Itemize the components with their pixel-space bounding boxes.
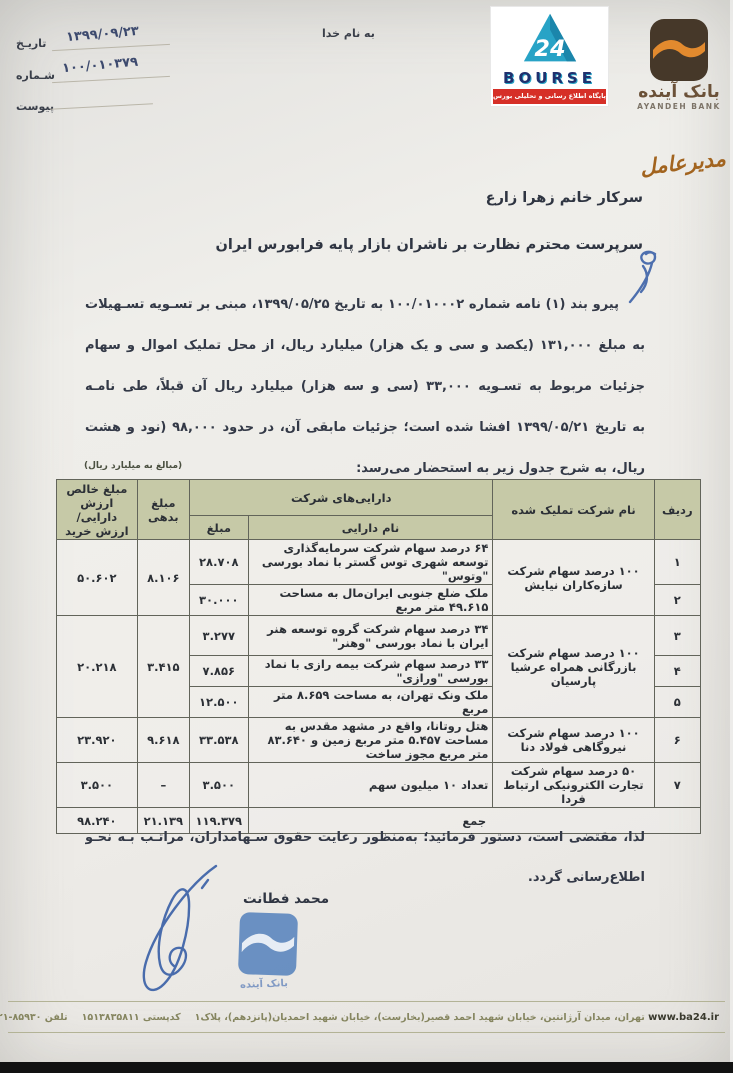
table-cell: ۳.۴۱۵ — [137, 616, 189, 718]
footer-postal: کدپستی ۱۵۱۳۸۳۵۸۱۱ — [82, 1012, 181, 1023]
attachment-rule-line — [50, 103, 153, 109]
table-row: ۱۱۰۰ درصد سهام شرکت سازه‌کاران نیایش۶۴ د… — [57, 540, 701, 585]
table-cell: ۱۰۰ درصد سهام شرکت بازرگانی همراه عرشیا … — [493, 616, 654, 718]
addressee-title: سرپرست محترم نظارت بر ناشران بازار پایه … — [216, 237, 643, 253]
table-cell: ملک ونک تهران، به مساحت ۸.۶۵۹ متر مربع — [248, 687, 493, 718]
date-value: ۱۳۹۹/۰۹/۲۳ — [65, 24, 139, 45]
header-asset-name: نام دارایی — [248, 516, 493, 540]
table-cell: ۸.۱۰۶ — [137, 540, 189, 616]
header-company: نام شرکت تملیک شده — [493, 480, 654, 540]
bank-stamp-icon — [233, 911, 303, 977]
table-cell: ۶ — [654, 718, 700, 763]
table-cell: ۲۳.۹۲۰ — [57, 718, 138, 763]
header-row-no: ردیف — [654, 480, 700, 540]
table-cell: ۲۸.۷۰۸ — [190, 540, 248, 585]
bottom-scan-bar — [0, 1062, 733, 1073]
amounts-unit-note: (مبالغ به میلیارد ریال) — [84, 461, 182, 471]
table-cell: ۶۴ درصد سهام شرکت سرمایه‌گذاری توسعه شهر… — [248, 540, 493, 585]
table-cell: ۳۴ درصد سهام شرکت گروه توسعه هنر ایران ب… — [248, 616, 493, 656]
table-cell: تعداد ۱۰ میلیون سهم — [248, 763, 493, 808]
table-cell: ۳.۵۰۰ — [190, 763, 248, 808]
table-cell: ۳ — [654, 616, 700, 656]
header-net: مبلغ خالص ارزش دارایی/ ارزش خرید — [57, 480, 138, 540]
acquisitions-table-wrap: ردیف نام شرکت تملیک شده دارایی‌های شرکت … — [56, 479, 701, 834]
table-cell: ۹.۶۱۸ — [137, 718, 189, 763]
table-cell: ۱۲.۵۰۰ — [190, 687, 248, 718]
signer-name: محمد فطانت — [243, 891, 329, 907]
number-label-text: شـماره — [16, 69, 55, 82]
attachment-label: پیوست — [16, 95, 54, 114]
acquisitions-table: ردیف نام شرکت تملیک شده دارایی‌های شرکت … — [56, 479, 701, 834]
table-cell: ۱۰۰ درصد سهام شرکت نیروگاهی فولاد دنا — [493, 718, 654, 763]
header-debt: مبلغ بدهی — [137, 480, 189, 540]
body-line: پیرو بند (۱) نامه شماره ۱۰۰/۰۱۰۰۰۲ به تا… — [85, 284, 645, 325]
bourse-tagline: پایگاه اطلاع رسانی و تحلیلی بورس ایران — [493, 89, 606, 104]
date-rule-line — [52, 44, 170, 51]
body-line: جزئیات مربوط به تسـویه ۳۳,۰۰۰ (سی و سه ه… — [85, 366, 645, 407]
table-cell: ۴ — [654, 656, 700, 687]
number-rule-line — [52, 76, 170, 83]
table-cell: ۱ — [654, 540, 700, 585]
table-header: ردیف نام شرکت تملیک شده دارایی‌های شرکت … — [57, 480, 701, 540]
attachment-label-text: پیوست — [16, 100, 54, 113]
number-label: شـماره — [16, 64, 55, 83]
footer-phone: تلفن ۸۵۹۳۰-۰۲۱ — [0, 1012, 68, 1023]
footer-address: تهران، میدان آرژانتین، خیابان شهید احمد … — [195, 1012, 645, 1023]
table-cell: ۵ — [654, 687, 700, 718]
table-cell: ۲۰.۲۱۸ — [57, 616, 138, 718]
addressee: سرکار خانم زهرا زارع — [486, 190, 643, 206]
stamp-caption: بانک آینده — [240, 978, 288, 991]
signature-icon — [112, 858, 242, 1010]
table-cell: ۳.۲۷۷ — [190, 616, 248, 656]
footer: www.ba24.ir تهران، میدان آرژانتین، خیابا… — [8, 1001, 725, 1033]
ceo-script: مدیرعامل — [639, 146, 727, 180]
scanned-letter-sheet: تاریـخ ۱۳۹۹/۰۹/۲۳ شـماره ۱۰۰/۰۱۰۳۷۹ پیوس… — [0, 0, 733, 1073]
table-row: ۳۱۰۰ درصد سهام شرکت بازرگانی همراه عرشیا… — [57, 616, 701, 656]
table-cell: هتل روتانا، واقع در مشهد مقدس به مساحت ۵… — [248, 718, 493, 763]
table-row: ۶۱۰۰ درصد سهام شرکت نیروگاهی فولاد دناهت… — [57, 718, 701, 763]
bank-name-fa: بانک آینده — [633, 82, 725, 102]
header-assets-group: دارایی‌های شرکت — [190, 480, 493, 516]
table-cell: ۲ — [654, 585, 700, 616]
body-line: به تاریخ ۱۳۹۹/۰۵/۲۱ افشا شده است؛ جزئیات… — [85, 407, 645, 448]
bank-wave-icon — [649, 18, 709, 82]
table-cell: ملک ضلع جنوبی ایران‌مال به مساحت ۴۹.۶۱۵ … — [248, 585, 493, 616]
table-cell: ۳.۵۰۰ — [57, 763, 138, 808]
bank-name-en: AYANDEH BANK — [633, 102, 725, 111]
date-label-text: تاریـخ — [16, 37, 46, 50]
table-cell: ۵۰ درصد سهام شرکت تجارت الکترونیکی ارتبا… — [493, 763, 654, 808]
table-cell: ۵۰.۶۰۲ — [57, 540, 138, 616]
closing-line: لذا، مقتضی است، دستور فرمائید؛ به‌منظور … — [85, 818, 645, 858]
bank-logo: بانک آینده AYANDEH BANK — [633, 18, 725, 111]
number-value: ۱۰۰/۰۱۰۳۷۹ — [61, 55, 138, 77]
table-cell: ۱۰۰ درصد سهام شرکت سازه‌کاران نیایش — [493, 540, 654, 616]
bourse-wordmark: BOURSE — [491, 69, 608, 87]
bourse-24-triangle-icon: 24 — [522, 11, 578, 67]
table-cell: ۳۳.۵۳۸ — [190, 718, 248, 763]
besmellah: به نام خدا — [322, 27, 375, 40]
svg-text:24: 24 — [534, 36, 565, 62]
table-row: ۷۵۰ درصد سهام شرکت تجارت الکترونیکی ارتب… — [57, 763, 701, 808]
table-body: ۱۱۰۰ درصد سهام شرکت سازه‌کاران نیایش۶۴ د… — [57, 540, 701, 834]
header-amount: مبلغ — [190, 516, 248, 540]
bourse-logo: 24 BOURSE پایگاه اطلاع رسانی و تحلیلی بو… — [491, 7, 608, 106]
table-cell: ۷.۸۵۶ — [190, 656, 248, 687]
footer-address-block: www.ba24.ir تهران، میدان آرژانتین، خیابا… — [195, 1012, 719, 1023]
body-line: به مبلغ ۱۳۱,۰۰۰ (یکصد و سی و یک هزار) می… — [85, 325, 645, 366]
letter-body: پیرو بند (۱) نامه شماره ۱۰۰/۰۱۰۰۰۲ به تا… — [85, 284, 645, 489]
table-cell: ۷ — [654, 763, 700, 808]
table-cell: ۳۳ درصد سهام شرکت بیمه رازی با نماد بورس… — [248, 656, 493, 687]
table-cell: ۳۰.۰۰۰ — [190, 585, 248, 616]
date-label: تاریـخ — [16, 32, 46, 51]
table-cell: – — [137, 763, 189, 808]
footer-website: www.ba24.ir — [648, 1012, 719, 1023]
